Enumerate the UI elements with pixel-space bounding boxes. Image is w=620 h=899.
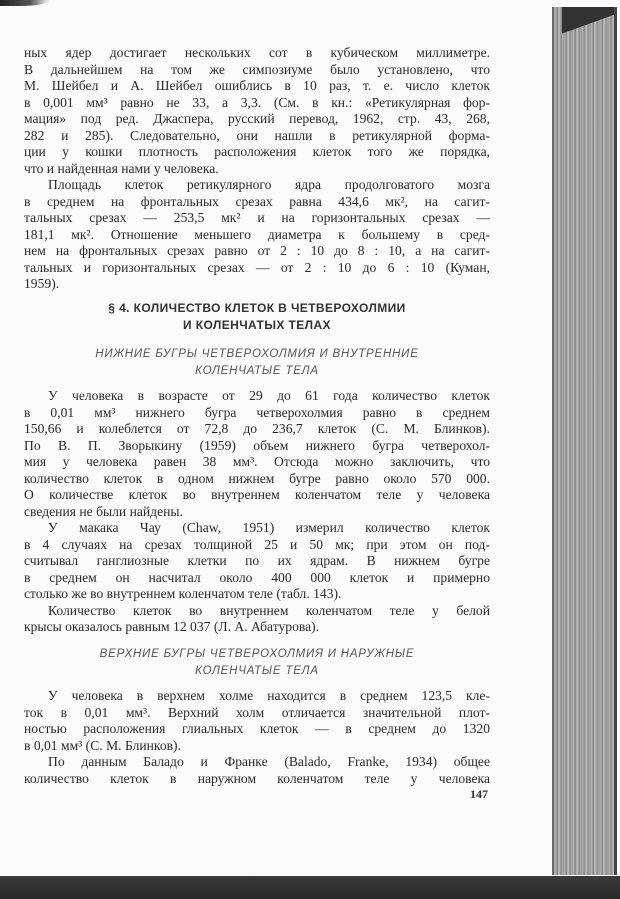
subheading-line: ВЕРХНИЕ БУГРЫ ЧЕТВЕРОХОЛМИЯ И НАРУЖНЫЕ (24, 646, 490, 663)
text-line: тальных и горизонтальных срезах — от 2 :… (24, 260, 490, 277)
text-line: сведения не были найдены. (24, 504, 490, 521)
section-heading-line: § 4. КОЛИЧЕСТВО КЛЕТОК В ЧЕТВЕРОХОЛМИИ (24, 300, 490, 317)
text-line: количество клеток в одном нижнем бугре р… (24, 471, 490, 488)
text-line: в 0,001 мм³ равно не 33, а 3,3. (См. в к… (24, 95, 490, 112)
subheading-line: КОЛЕНЧАТЫЕ ТЕЛА (24, 363, 490, 380)
text-line: 181,1 мк². Отношение меньшего диаметра к… (24, 227, 490, 244)
body-text-middle: У человека в возрасте от 29 до 61 года к… (24, 388, 490, 636)
text-line: У человека в возрасте от 29 до 61 года к… (24, 388, 490, 405)
text-line: в среднем он насчитал около 400 000 клет… (24, 570, 490, 587)
paragraph-balado-franke: По данным Баладо и Франке (Balado, Frank… (24, 754, 490, 787)
subheading-inferior-colliculi: НИЖНИЕ БУГРЫ ЧЕТВЕРОХОЛМИЯ И ВНУТРЕННИЕ … (24, 346, 490, 380)
text-line: По данным Баладо и Франке (Balado, Frank… (24, 754, 490, 771)
text-line: крысы оказалось равным 12 037 (Л. А. Аба… (24, 619, 490, 636)
text-line: У человека в верхнем холме находится в с… (24, 688, 490, 705)
text-line: 150,66 и колеблется от 72,8 до 236,7 кле… (24, 421, 490, 438)
text-line: считывал ганглиозные клетки по их ядрам.… (24, 553, 490, 570)
paragraph-rat: Количество клеток во внутреннем коленчат… (24, 603, 490, 636)
page-corner-shadow (0, 0, 50, 6)
paragraph-reticular-area: Площадь клеток ретикулярного ядра продол… (24, 177, 490, 293)
body-text-bottom: У человека в верхнем холме находится в с… (24, 688, 490, 787)
text-line: тальных срезах — 253,5 мк² и на горизонт… (24, 210, 490, 227)
text-line: Площадь клеток ретикулярного ядра продол… (24, 177, 490, 194)
text-line: В дальнейшем на том же симпозиуме было у… (24, 62, 490, 79)
text-line: столько же во внутреннем коленчатом теле… (24, 586, 490, 603)
page-number: 147 (470, 787, 488, 802)
text-line: М. Шейбел и А. Шейбел ошиблись в 10 раз,… (24, 78, 490, 95)
text-line: 1959). (24, 276, 490, 293)
subheading-line: КОЛЕНЧАТЫЕ ТЕЛА (24, 663, 490, 680)
text-line: количество клеток в наружном коленчатом … (24, 771, 490, 788)
book-cover-edge (614, 7, 617, 875)
text-line: в 0,01 мм³ (С. М. Блинков). (24, 738, 490, 755)
paragraph-human-inferior: У человека в возрасте от 29 до 61 года к… (24, 388, 490, 520)
text-line: мия у человека равен 38 мм³. Отсюда можн… (24, 454, 490, 471)
text-line: По В. П. Зворыкину (1959) объем нижнего … (24, 438, 490, 455)
book-page-edges (552, 7, 617, 875)
paragraph-continuation: ных ядер достигает нескольких сот в куби… (24, 45, 490, 177)
section-heading: § 4. КОЛИЧЕСТВО КЛЕТОК В ЧЕТВЕРОХОЛМИИ И… (24, 300, 490, 334)
scan-bottom-shadow (0, 876, 620, 899)
text-line: У макака Чау (Chaw, 1951) измерил количе… (24, 520, 490, 537)
text-line: О количестве клеток во внутреннем коленч… (24, 487, 490, 504)
text-line: мация» под ред. Джаспера, русский перево… (24, 111, 490, 128)
text-line: ток в 0,01 мм³. Верхний холм отличается … (24, 705, 490, 722)
body-text-top: ных ядер достигает нескольких сот в куби… (24, 45, 490, 293)
text-line: что и найденная нами у человека. (24, 161, 490, 178)
paragraph-macaque: У макака Чау (Chaw, 1951) измерил количе… (24, 520, 490, 603)
subheading-superior-colliculi: ВЕРХНИЕ БУГРЫ ЧЕТВЕРОХОЛМИЯ И НАРУЖНЫЕ К… (24, 646, 490, 680)
subheading-line: НИЖНИЕ БУГРЫ ЧЕТВЕРОХОЛМИЯ И ВНУТРЕННИЕ (24, 346, 490, 363)
text-line: в 0,01 мм³ нижнего бугра четверохолмия р… (24, 405, 490, 422)
page-edge-shadow (562, 7, 617, 35)
section-heading-line: И КОЛЕНЧАТЫХ ТЕЛАХ (24, 317, 490, 334)
text-line: ции у кошки плотность расположения клето… (24, 144, 490, 161)
text-line: ностью расположения глиальных клеток — в… (24, 721, 490, 738)
text-line: ных ядер достигает нескольких сот в куби… (24, 45, 490, 62)
text-line: в среднем на фронтальных срезах равна 43… (24, 194, 490, 211)
paragraph-human-superior: У человека в верхнем холме находится в с… (24, 688, 490, 754)
text-line: нем на фронтальных срезах равно от 2 : 1… (24, 243, 490, 260)
text-line: Количество клеток во внутреннем коленчат… (24, 603, 490, 620)
text-line: 282 и 285). Следовательно, они нашли в р… (24, 128, 490, 145)
text-line: в 4 случаях на срезах толщиной 25 и 50 м… (24, 537, 490, 554)
